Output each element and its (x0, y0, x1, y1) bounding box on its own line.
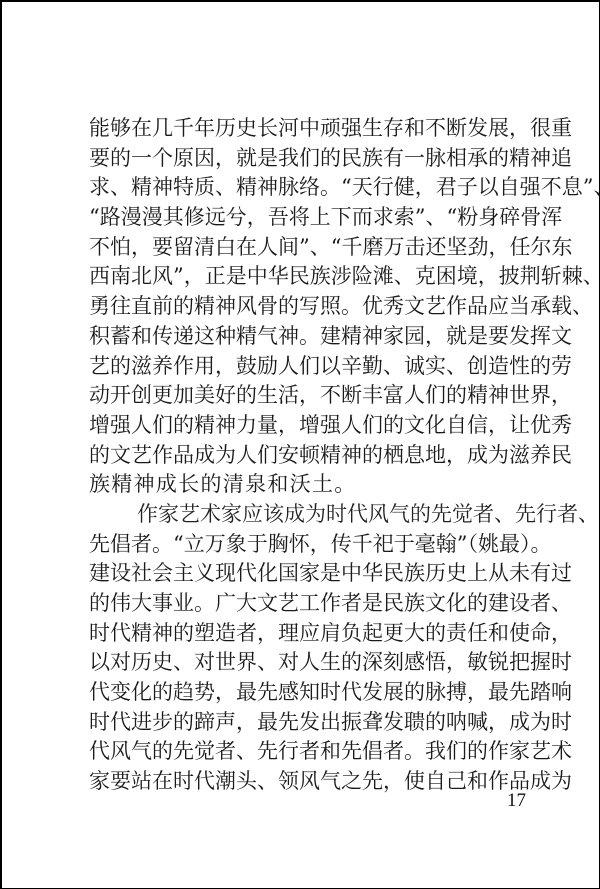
text-line: 建设社会主义现代化国家是中华民族历史上从未有过 (89, 559, 529, 589)
text-line: 积蓄和传递这种精气神。建精神家园，就是要发挥文 (89, 322, 529, 352)
text-line: 求、精神特质、精神脉络。“天行健，君子以自强不息”、 (89, 173, 529, 203)
text-line: 时代精神的塑造者，理应肩负起更大的责任和使命， (89, 619, 529, 649)
text-line: 的文艺作品成为人们安顿精神的栖息地，成为滋养民 (89, 441, 529, 471)
text-line: 动开创更加美好的生活，不断丰富人们的精神世界， (89, 381, 529, 411)
paragraph-1: 能够在几千年历史长河中顽强生存和不断发展，很重 要的一个原因，就是我们的民族有一… (89, 114, 529, 500)
page-number: 17 (486, 790, 526, 812)
text-line-last: 族精神成长的清泉和沃土。 (89, 470, 529, 500)
text-line: 的伟大事业。广大文艺工作者是民族文化的建设者、 (89, 589, 529, 619)
text-line: 要的一个原因，就是我们的民族有一脉相承的精神追 (89, 144, 529, 174)
text-line: 艺的滋养作用，鼓励人们以辛勤、诚实、创造性的劳 (89, 352, 529, 382)
text-line: 代风气的先觉者、先行者和先倡者。我们的作家艺术 (89, 737, 529, 767)
text-line: 时代进步的蹄声，最先发出振聋发聩的呐喊，成为时 (89, 708, 529, 738)
text-line: 西南北风”，正是中华民族涉险滩、克困境，披荆斩棘、 (89, 262, 529, 292)
text-line: 代变化的趋势，最先感知时代发展的脉搏，最先踏响 (89, 678, 529, 708)
body-text: 能够在几千年历史长河中顽强生存和不断发展，很重 要的一个原因，就是我们的民族有一… (89, 114, 529, 797)
text-line-indented: 作家艺术家应该成为时代风气的先觉者、先行者、 (89, 500, 529, 530)
book-page: 能够在几千年历史长河中顽强生存和不断发展，很重 要的一个原因，就是我们的民族有一… (0, 0, 600, 889)
text-line: 先倡者。“立万象于胸怀，传千祀于毫翰”（姚最）。 (89, 530, 529, 560)
text-line: 能够在几千年历史长河中顽强生存和不断发展，很重 (89, 114, 529, 144)
text-line: 增强人们的精神力量，增强人们的文化自信，让优秀 (89, 411, 529, 441)
text-line: 勇往直前的精神风骨的写照。优秀文艺作品应当承载、 (89, 292, 529, 322)
paragraph-2: 作家艺术家应该成为时代风气的先觉者、先行者、 先倡者。“立万象于胸怀，传千祀于毫… (89, 500, 529, 797)
text-line: 不怕，要留清白在人间”、“千磨万击还坚劲，任尔东 (89, 233, 529, 263)
text-line: 家要站在时代潮头、领风气之先，使自己和作品成为 (89, 767, 529, 797)
text-line: 以对历史、对世界、对人生的深刻感悟，敏锐把握时 (89, 648, 529, 678)
text-line: “路漫漫其修远兮，吾将上下而求索”、“粉身碎骨浑 (89, 203, 529, 233)
